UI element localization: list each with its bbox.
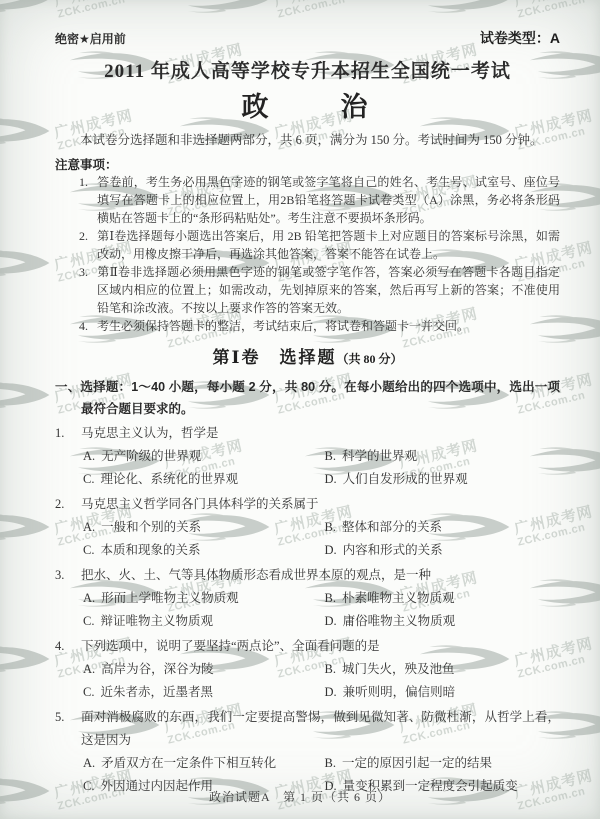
option-label: D. xyxy=(325,614,337,628)
option-label: C. xyxy=(83,543,94,557)
option-text: 高岸为谷，深谷为陵 xyxy=(101,662,214,676)
intro-paragraph: 本试卷分选择题和非选择题两部分，共 6 页，满分为 150 分。考试时间为 15… xyxy=(55,130,560,150)
page-footer: 政治试题A 第 1 页（共 6 页） xyxy=(0,788,600,805)
option-label: B. xyxy=(325,520,336,534)
question-stem: 2.马克思主义哲学同各门具体科学的关系属于 xyxy=(55,493,560,516)
option-b: B.科学的世界观 xyxy=(325,445,561,468)
question-options: A.一般和个别的关系 B.整体和部分的关系 C.本质和现象的关系 D.内容和形式… xyxy=(55,516,560,562)
option-label: A. xyxy=(83,449,95,463)
question-stem-text: 面对消极腐败的东西，我们一定要提高警惕，做到见微知著、防微杜渐，从哲学上看，这是… xyxy=(81,710,560,747)
question-stem-text: 马克思主义认为，哲学是 xyxy=(81,426,219,440)
exam-title: 2011 年成人高等学校专升本招生全国统一考试 xyxy=(55,56,560,83)
option-a: A.高岸为谷，深谷为陵 xyxy=(83,658,319,681)
question-stem: 3.把水、火、土、气等具体物质形态看成世界本原的观点，是一种 xyxy=(55,564,560,587)
question-stem: 5.面对消极腐败的东西，我们一定要提高警惕，做到见微知著、防微杜渐，从哲学上看，… xyxy=(55,706,560,752)
option-label: B. xyxy=(325,449,336,463)
section-score-note: （共 80 分） xyxy=(336,352,402,366)
question-stem: 4.下列选项中，说明了要坚持“两点论”、全面看问题的是 xyxy=(55,635,560,658)
option-label: A. xyxy=(83,756,95,770)
option-b: B.城门失火，殃及池鱼 xyxy=(325,658,561,681)
option-text: 无产阶级的世界观 xyxy=(101,449,201,463)
option-c: C.近朱者赤，近墨者黑 xyxy=(83,681,319,704)
question-number: 2. xyxy=(55,493,81,516)
option-label: D. xyxy=(325,472,337,486)
question-options: A.无产阶级的世界观 B.科学的世界观 C.理论化、系统化的世界观 D.人们自发… xyxy=(55,445,560,491)
notice-item-text: 考生必须保持答题卡的整洁，考试结束后，将试卷和答题卡一并交回。 xyxy=(97,319,469,333)
question-options: A.高岸为谷，深谷为陵 B.城门失火，殃及池鱼 C.近朱者赤，近墨者黑 D.兼听… xyxy=(55,658,560,704)
question-1: 1.马克思主义认为，哲学是 A.无产阶级的世界观 B.科学的世界观 C.理论化、… xyxy=(55,422,560,491)
option-d: D.兼听则明，偏信则暗 xyxy=(325,681,561,704)
option-text: 科学的世界观 xyxy=(342,449,417,463)
section-heading: 第Ⅰ卷 选择题（共 80 分） xyxy=(55,343,560,368)
notice-item: 3.第Ⅱ卷非选择题必须用黑色字迹的钢笔或签字笔作答，答案必须写在答题卡各题目指定… xyxy=(79,263,560,317)
header-row: 绝密★启用前 试卷类型：A xyxy=(55,28,560,48)
option-a: A.形而上学唯物主义物质观 xyxy=(83,587,319,610)
question-number: 4. xyxy=(55,635,81,658)
option-a: A.矛盾双方在一定条件下相互转化 xyxy=(83,752,319,775)
secrecy-notice: 绝密★启用前 xyxy=(55,30,126,47)
option-text: 整体和部分的关系 xyxy=(342,520,442,534)
option-label: A. xyxy=(83,520,95,534)
subject-title: 政 治 xyxy=(55,85,560,124)
section-title: 第Ⅰ卷 选择题 xyxy=(213,348,337,367)
option-label: C. xyxy=(83,685,94,699)
option-c: C.辩证唯物主义物质观 xyxy=(83,610,319,633)
option-a: A.一般和个别的关系 xyxy=(83,516,319,539)
option-text: 人们自发形成的世界观 xyxy=(343,472,468,486)
notice-item: 1.答卷前，考生务必用黑色字迹的钢笔或签字笔将自己的姓名、考生号、试室号、座位号… xyxy=(79,173,560,227)
option-label: D. xyxy=(325,543,337,557)
option-text: 形而上学唯物主义物质观 xyxy=(101,591,239,605)
option-label: B. xyxy=(325,756,336,770)
option-text: 理论化、系统化的世界观 xyxy=(100,472,238,486)
option-c: C.本质和现象的关系 xyxy=(83,539,319,562)
option-label: D. xyxy=(325,685,337,699)
question-number: 1. xyxy=(55,422,81,445)
option-text: 一定的原因引起一定的结果 xyxy=(342,756,492,770)
notice-item: 4.考生必须保持答题卡的整洁，考试结束后，将试卷和答题卡一并交回。 xyxy=(79,317,560,335)
paper-type-label: 试卷类型：A xyxy=(480,28,560,48)
notice-item-text: 第Ⅰ卷选择题每小题选出答案后，用 2B 铅笔把答题卡上对应题目的答案标号涂黑，如… xyxy=(97,229,560,261)
option-text: 近朱者赤，近墨者黑 xyxy=(100,685,213,699)
question-3: 3.把水、火、土、气等具体物质形态看成世界本原的观点，是一种 A.形而上学唯物主… xyxy=(55,564,560,633)
notice-item-text: 答卷前，考生务必用黑色字迹的钢笔或签字笔将自己的姓名、考生号、试室号、座位号填写… xyxy=(97,175,560,225)
question-number: 3. xyxy=(55,564,81,587)
option-label: C. xyxy=(83,614,94,628)
option-text: 辩证唯物主义物质观 xyxy=(100,614,213,628)
notice-label: 注意事项： xyxy=(55,155,560,173)
option-text: 本质和现象的关系 xyxy=(100,543,200,557)
question-stem: 1.马克思主义认为，哲学是 xyxy=(55,422,560,445)
exam-paper-page: 广州成考网 ZCK.com.cn 广州成考网 ZCK.com.cn 广州成考网 … xyxy=(0,0,600,819)
option-text: 内容和形式的关系 xyxy=(343,543,443,557)
notice-list: 1.答卷前，考生务必用黑色字迹的钢笔或签字笔将自己的姓名、考生号、试室号、座位号… xyxy=(55,173,560,335)
option-d: D.庸俗唯物主义物质观 xyxy=(325,610,561,633)
notice-item-number: 4. xyxy=(79,317,97,335)
option-d: D.内容和形式的关系 xyxy=(325,539,561,562)
option-label: B. xyxy=(325,662,336,676)
option-text: 兼听则明，偏信则暗 xyxy=(343,685,456,699)
notice-item-number: 1. xyxy=(79,173,97,191)
option-b: B.一定的原因引起一定的结果 xyxy=(325,752,561,775)
option-b: B.整体和部分的关系 xyxy=(325,516,561,539)
notice-item-text: 第Ⅱ卷非选择题必须用黑色字迹的钢笔或签字笔作答，答案必须写在答题卡各题目指定区域… xyxy=(97,265,560,315)
option-label: A. xyxy=(83,662,95,676)
question-stem-text: 马克思主义哲学同各门具体科学的关系属于 xyxy=(81,497,319,511)
option-label: B. xyxy=(325,591,336,605)
option-text: 一般和个别的关系 xyxy=(101,520,201,534)
notice-item-number: 3. xyxy=(79,263,97,281)
option-d: D.人们自发形成的世界观 xyxy=(325,468,561,491)
question-options: A.形而上学唯物主义物质观 B.朴素唯物主义物质观 C.辩证唯物主义物质观 D.… xyxy=(55,587,560,633)
notice-item-number: 2. xyxy=(79,227,97,245)
question-number: 5. xyxy=(55,706,81,729)
option-text: 庸俗唯物主义物质观 xyxy=(343,614,456,628)
option-label: A. xyxy=(83,591,95,605)
option-c: C.理论化、系统化的世界观 xyxy=(83,468,319,491)
option-label: C. xyxy=(83,472,94,486)
question-5: 5.面对消极腐败的东西，我们一定要提高警惕，做到见微知著、防微杜渐，从哲学上看，… xyxy=(55,706,560,798)
option-a: A.无产阶级的世界观 xyxy=(83,445,319,468)
question-2: 2.马克思主义哲学同各门具体科学的关系属于 A.一般和个别的关系 B.整体和部分… xyxy=(55,493,560,562)
option-text: 朴素唯物主义物质观 xyxy=(342,591,455,605)
question-stem-text: 下列选项中，说明了要坚持“两点论”、全面看问题的是 xyxy=(81,639,380,653)
option-b: B.朴素唯物主义物质观 xyxy=(325,587,561,610)
option-text: 矛盾双方在一定条件下相互转化 xyxy=(101,756,276,770)
section-directions: 一、选择题：1～40 小题，每小题 2 分，共 80 分。在每小题给出的四个选项… xyxy=(55,376,560,420)
question-stem-text: 把水、火、土、气等具体物质形态看成世界本原的观点，是一种 xyxy=(81,568,431,582)
page-content: 绝密★启用前 试卷类型：A 2011 年成人高等学校专升本招生全国统一考试 政 … xyxy=(0,0,600,798)
question-4: 4.下列选项中，说明了要坚持“两点论”、全面看问题的是 A.高岸为谷，深谷为陵 … xyxy=(55,635,560,704)
notice-item: 2.第Ⅰ卷选择题每小题选出答案后，用 2B 铅笔把答题卡上对应题目的答案标号涂黑… xyxy=(79,227,560,263)
option-text: 城门失火，殃及池鱼 xyxy=(342,662,455,676)
